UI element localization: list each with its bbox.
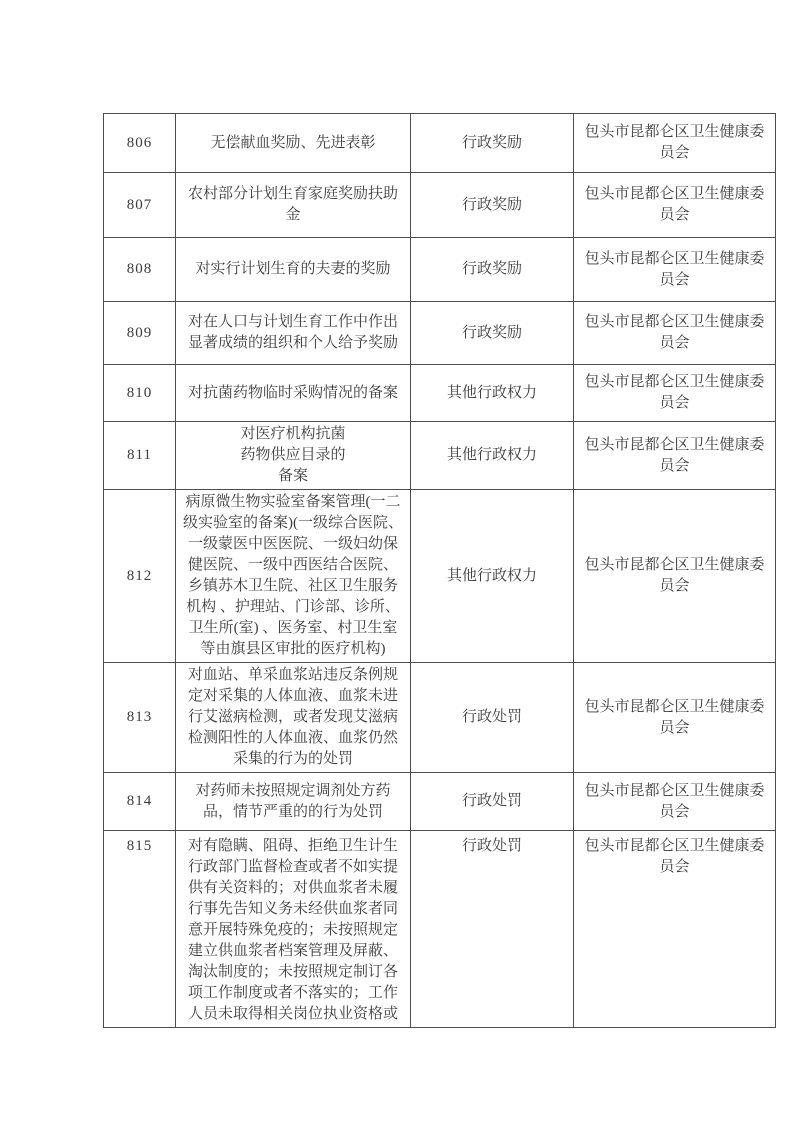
item-description: 对血站、单采血浆站违反条例规定对采集的人体血液、血浆未进行艾滋病检测，或者发现艾… [176,663,411,773]
table-row: 811 对医疗机构抗菌 药物供应目录的 备案 其他行政权力 包头市昆都仑区卫生健… [104,422,776,490]
item-description: 对抗菌药物临时采购情况的备案 [176,365,411,422]
implementing-authority: 包头市昆都仑区卫生健康委员会 [574,173,776,238]
row-number: 813 [104,663,176,773]
implementing-authority: 包头市昆都仑区卫生健康委员会 [574,238,776,302]
implementing-authority: 包头市昆都仑区卫生健康委员会 [574,302,776,365]
power-category: 其他行政权力 [411,365,574,422]
implementing-authority: 包头市昆都仑区卫生健康委员会 [574,114,776,173]
table-row: 808 对实行计划生育的夫妻的奖励 行政奖励 包头市昆都仑区卫生健康委员会 [104,238,776,302]
power-category: 行政奖励 [411,238,574,302]
power-category: 其他行政权力 [411,490,574,663]
item-description: 对有隐瞒、阻碍、拒绝卫生计生行政部门监督检查或者不如实提供有关资料的；对供血浆者… [176,831,411,1028]
item-description: 无偿献血奖励、先进表彰 [176,114,411,173]
row-number: 814 [104,773,176,831]
item-description: 对在人口与计划生育工作中作出显著成绩的组织和个人给予奖励 [176,302,411,365]
power-category: 行政奖励 [411,114,574,173]
power-category: 行政奖励 [411,173,574,238]
power-category: 行政处罚 [411,663,574,773]
item-description: 对医疗机构抗菌 药物供应目录的 备案 [176,422,411,490]
table-body: 806 无偿献血奖励、先进表彰 行政奖励 包头市昆都仑区卫生健康委员会 807 … [104,114,776,1028]
row-number: 812 [104,490,176,663]
implementing-authority: 包头市昆都仑区卫生健康委员会 [574,773,776,831]
implementing-authority: 包头市昆都仑区卫生健康委员会 [574,422,776,490]
power-category: 行政奖励 [411,302,574,365]
row-number: 808 [104,238,176,302]
implementing-authority: 包头市昆都仑区卫生健康委员会 [574,663,776,773]
item-description: 对实行计划生育的夫妻的奖励 [176,238,411,302]
implementing-authority: 包头市昆都仑区卫生健康委员会 [574,365,776,422]
table-row: 814 对药师未按照规定调剂处方药品，情节严重的的行为处罚 行政处罚 包头市昆都… [104,773,776,831]
table-row: 810 对抗菌药物临时采购情况的备案 其他行政权力 包头市昆都仑区卫生健康委员会 [104,365,776,422]
row-number: 807 [104,173,176,238]
table-row: 806 无偿献血奖励、先进表彰 行政奖励 包头市昆都仑区卫生健康委员会 [104,114,776,173]
table-row: 809 对在人口与计划生育工作中作出显著成绩的组织和个人给予奖励 行政奖励 包头… [104,302,776,365]
row-number: 810 [104,365,176,422]
table-row: 807 农村部分计划生育家庭奖励扶助金 行政奖励 包头市昆都仑区卫生健康委员会 [104,173,776,238]
document-page: 806 无偿献血奖励、先进表彰 行政奖励 包头市昆都仑区卫生健康委员会 807 … [0,0,793,1122]
items-table: 806 无偿献血奖励、先进表彰 行政奖励 包头市昆都仑区卫生健康委员会 807 … [103,113,776,1028]
table-row: 813 对血站、单采血浆站违反条例规定对采集的人体血液、血浆未进行艾滋病检测，或… [104,663,776,773]
row-number: 815 [104,831,176,1028]
row-number: 806 [104,114,176,173]
power-category: 行政处罚 [411,831,574,1028]
implementing-authority: 包头市昆都仑区卫生健康委员会 [574,490,776,663]
power-category: 行政处罚 [411,773,574,831]
item-description: 病原微生物实验室备案管理(一二级实验室的备案)(一级综合医院、一级蒙医中医医院、… [176,490,411,663]
item-description: 对药师未按照规定调剂处方药品，情节严重的的行为处罚 [176,773,411,831]
implementing-authority: 包头市昆都仑区卫生健康委员会 [574,831,776,1028]
table-row: 815 对有隐瞒、阻碍、拒绝卫生计生行政部门监督检查或者不如实提供有关资料的；对… [104,831,776,1028]
table-row: 812 病原微生物实验室备案管理(一二级实验室的备案)(一级综合医院、一级蒙医中… [104,490,776,663]
power-category: 其他行政权力 [411,422,574,490]
row-number: 809 [104,302,176,365]
row-number: 811 [104,422,176,490]
item-description: 农村部分计划生育家庭奖励扶助金 [176,173,411,238]
